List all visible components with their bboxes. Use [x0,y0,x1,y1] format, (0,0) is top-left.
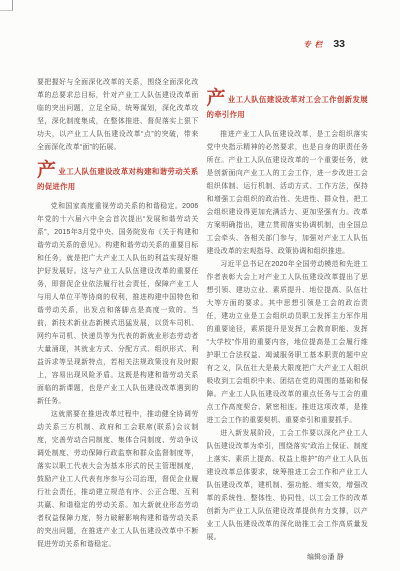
article-body: 要把握好与全面深化改革的关系，围绕全面深化改革的总要求总目标，针对产业工人队伍建… [0,0,400,564]
continuation-paragraph: 要把握好与全面深化改革的关系，围绕全面深化改革的总要求总目标，针对产业工人队伍建… [37,76,199,154]
heading-dropcap: 产 [37,160,56,181]
body-paragraph: 推进产业工人队伍建设改革，是工会组织落实党中央指示精神的必然要求，也是自身的职责… [207,128,369,258]
section-heading-union-work: 产业工人队伍建设改革对工会工作创新发展的牵引作用 [207,89,369,121]
left-column: 要把握好与全面深化改革的关系，围绕全面深化改革的总要求总目标，针对产业工人队伍建… [37,76,199,564]
magazine-page: 专栏 33 要把握好与全面深化改革的关系，围绕全面深化改革的总要求总目标，针对产… [0,0,400,571]
body-paragraph: 进入新发展阶段，工会工作要以深化产业工人队伍建设改革为牵引，围绕落实“政治上保证… [207,427,369,544]
section-heading-labor-relations: 产业工人队伍建设改革对构建和谐劳动关系的促进作用 [37,161,199,193]
heading-text: 业工人队伍建设改革对构建和谐劳动关系的促进作用 [37,167,199,191]
body-paragraph: 习近平总书记在2020年全国劳动模范和先进工作者表彰大会上对产业工人队伍建设改革… [207,258,369,427]
body-paragraph: 党和国家高度重视劳动关系的和谐稳定。2006年党的十六届六中全会首次提出“发展和… [37,200,199,408]
heading-dropcap: 产 [207,88,226,109]
heading-text: 业工人队伍建设改革对工会工作创新发展的牵引作用 [207,95,369,119]
body-paragraph: 这就需要在推进改革过程中，推动健全协调劳动关系三方机制、政府和工会联席(联系)会… [37,408,199,551]
right-column: 产业工人队伍建设改革对工会工作创新发展的牵引作用 推进产业工人队伍建设改革，是工… [207,76,369,564]
editor-credit: 编辑◎潘 静 [207,551,369,564]
